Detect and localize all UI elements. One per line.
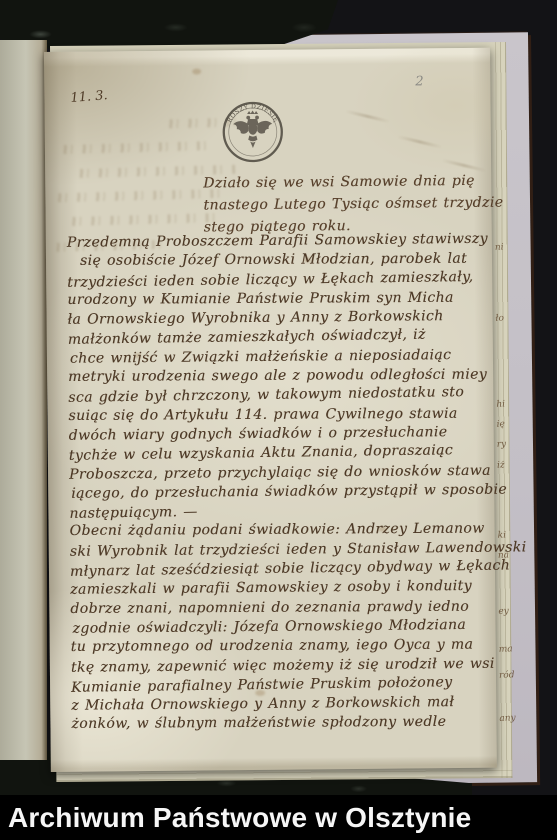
bleedthrough-ghost-lines [53,189,225,203]
bleedthrough-ghost-lines [68,213,218,226]
corner-annotation: 11. 3. [70,88,108,106]
archival-photo: 11. 3. 2 GROSZY DZIESIĘĆ Działo [0,0,557,840]
revenue-stamp-icon: GROSZY DZIESIĘĆ [219,97,286,168]
body-text-block: Przedemną Proboszczem Parafii Samowskiey… [67,230,502,736]
facing-page-strip [0,40,47,760]
double-headed-eagle-icon [233,110,272,148]
page-number: 2 [415,74,423,89]
heading-block: Działo się we wsi Samowie dnia piętnaste… [203,170,484,239]
manuscript-page: 11. 3. 2 GROSZY DZIESIĘĆ Działo [44,48,497,772]
archive-caption: Archiwum Państwowe w Olsztynie [8,802,471,834]
fox-spot [192,68,201,74]
bleedthrough-smudge [345,110,390,124]
heading-line: tnastego Lutego Tysiąc ośmset trzydzie [203,192,483,217]
heading-line: Działo się we wsi Samowie dnia pię [203,170,483,195]
body-line: Obecni żądaniu podani świadkowie: Andrze… [70,520,500,542]
bleedthrough-ghost-lines [59,141,209,154]
body-line: tu przytomnego od urodzenia znamy, iego … [71,636,501,658]
archive-caption-bar: Archiwum Państwowe w Olsztynie [0,795,557,840]
body-line: żonków, w ślubnym małżeństwie spłodzony … [71,713,501,735]
bleedthrough-smudge [397,135,442,149]
body-line: suiąc się do Artykułu 114. prawa Cywilne… [68,404,498,426]
body-line: urodzony w Kumianie Państwie Pruskim syn… [67,288,497,310]
